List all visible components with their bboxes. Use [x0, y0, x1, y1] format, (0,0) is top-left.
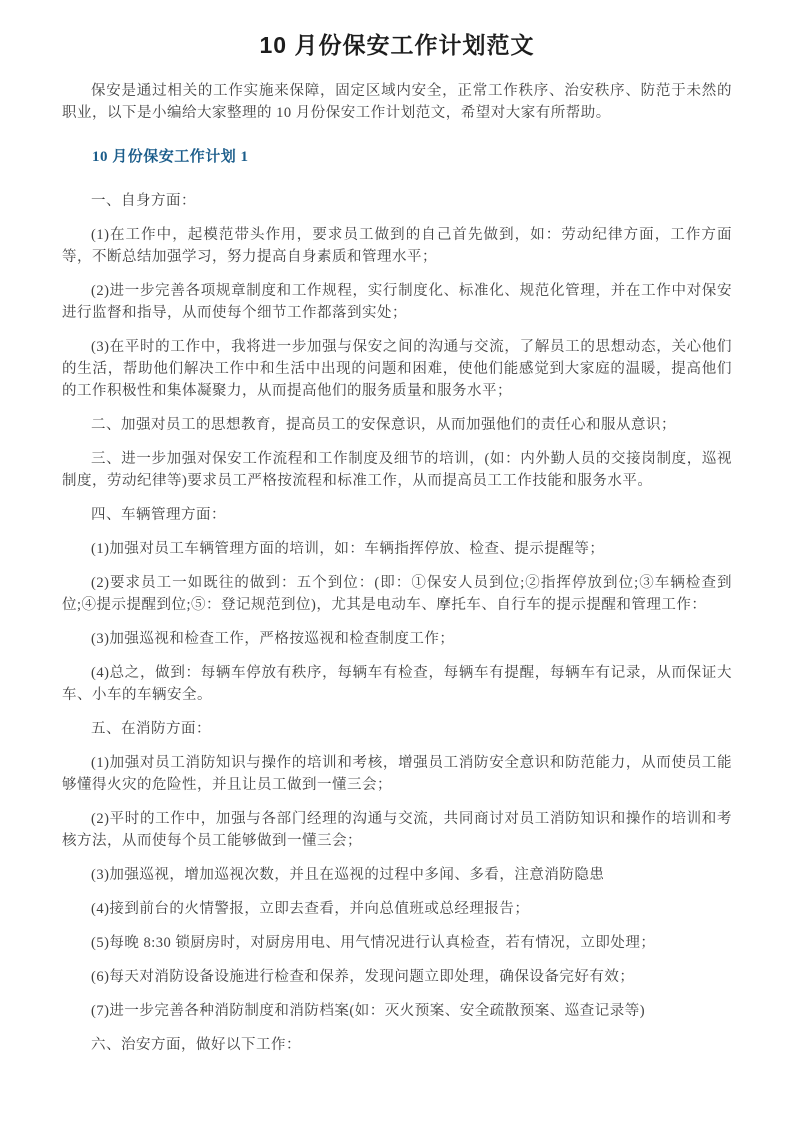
- paragraph-fire-7: (7)进一步完善各种消防制度和消防档案(如：灭火预案、安全疏散预案、巡查记录等): [62, 1000, 732, 1022]
- paragraph-vehicle-heading: 四、车辆管理方面：: [62, 504, 732, 526]
- paragraph-fire-5: (5)每晚 8:30 锁厨房时，对厨房用电、用气情况进行认真检查，若有情况，立即…: [62, 932, 732, 954]
- paragraph-section-two: 二、加强对员工的思想教育，提高员工的安保意识，从而加强他们的责任心和服从意识；: [62, 414, 732, 436]
- paragraph-fire-heading: 五、在消防方面：: [62, 718, 732, 740]
- paragraph-self-2: (2)进一步完善各项规章制度和工作规程，实行制度化、标准化、规范化管理，并在工作…: [62, 280, 732, 324]
- paragraph-self-3: (3)在平时的工作中，我将进一步加强与保安之间的沟通与交流，了解员工的思想动态，…: [62, 336, 732, 402]
- document-title: 10 月份保安工作计划范文: [62, 30, 732, 60]
- paragraph-fire-2: (2)平时的工作中，加强与各部门经理的沟通与交流，共同商讨对员工消防知识和操作的…: [62, 808, 732, 852]
- paragraph-fire-3: (3)加强巡视，增加巡视次数，并且在巡视的过程中多闻、多看，注意消防隐患: [62, 864, 732, 886]
- intro-paragraph: 保安是通过相关的工作实施来保障，固定区域内安全，正常工作秩序、治安秩序、防范于未…: [62, 80, 732, 124]
- paragraph-fire-6: (6)每天对消防设备设施进行检查和保养，发现问题立即处理，确保设备完好有效；: [62, 966, 732, 988]
- paragraph-fire-1: (1)加强对员工消防知识与操作的培训和考核，增强员工消防安全意识和防范能力，从而…: [62, 752, 732, 796]
- paragraph-fire-4: (4)接到前台的火情警报，立即去查看，并向总值班或总经理报告；: [62, 898, 732, 920]
- paragraph-vehicle-2: (2)要求员工一如既往的做到：五个到位：(即：①保安人员到位;②指挥停放到位;③…: [62, 572, 732, 616]
- section-heading: 10 月份保安工作计划 1: [62, 146, 732, 168]
- document-page: 10 月份保安工作计划范文 保安是通过相关的工作实施来保障，固定区域内安全，正常…: [0, 0, 794, 1123]
- paragraph-vehicle-1: (1)加强对员工车辆管理方面的培训，如：车辆指挥停放、检查、提示提醒等；: [62, 538, 732, 560]
- paragraph-section-three: 三、进一步加强对保安工作流程和工作制度及细节的培训，(如：内外勤人员的交接岗制度…: [62, 448, 732, 492]
- paragraph-vehicle-4: (4)总之，做到：每辆车停放有秩序，每辆车有检查，每辆车有提醒，每辆车有记录，从…: [62, 662, 732, 706]
- paragraph-self-1: (1)在工作中，起模范带头作用，要求员工做到的自己首先做到，如：劳动纪律方面，工…: [62, 224, 732, 268]
- paragraph-vehicle-3: (3)加强巡视和检查工作，严格按巡视和检查制度工作；: [62, 628, 732, 650]
- paragraph-self-aspect-heading: 一、自身方面：: [62, 190, 732, 212]
- paragraph-security-heading: 六、治安方面，做好以下工作：: [62, 1034, 732, 1056]
